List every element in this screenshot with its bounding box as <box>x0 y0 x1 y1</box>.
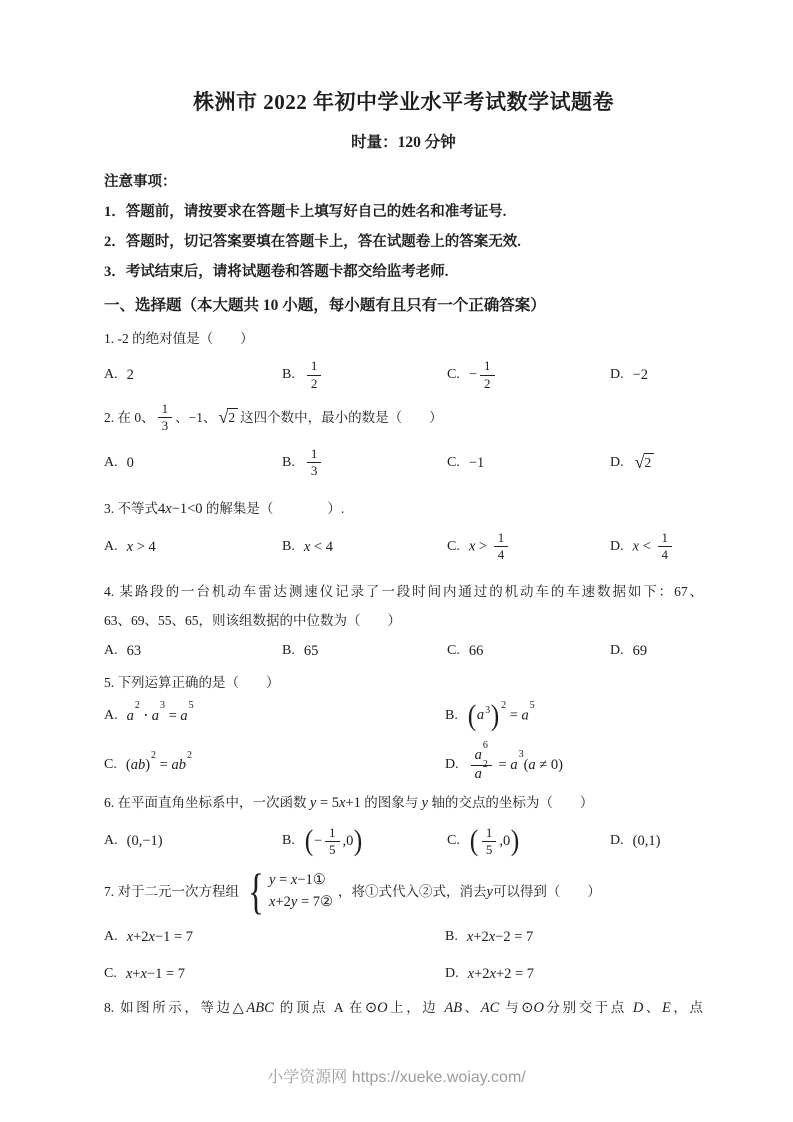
question-4: 4. 某路段的一台机动车雷达测速仪记录了一段时间内通过的机动车的车速数据如下：6… <box>104 577 703 663</box>
question-7-option-d: D.x+2x+2 = 7 <box>445 962 703 986</box>
option-label: C. <box>447 643 460 659</box>
fraction: 13 <box>307 447 322 479</box>
option-value: x+x−1 = 7 <box>126 965 185 983</box>
option-label: A. <box>104 708 118 724</box>
footer-watermark: 小学资源网 https://xueke.woiay.com/ <box>0 1064 793 1087</box>
option-label: A. <box>104 539 118 555</box>
question-2-option-a: A.0 <box>104 451 282 475</box>
option-label: B. <box>282 539 295 555</box>
option-value: 69 <box>633 642 648 660</box>
question-2-option-c: C.−1 <box>447 451 610 475</box>
question-7-option-c: C.x+x−1 = 7 <box>104 962 445 986</box>
question-3-option-b: B.x < 4 <box>282 535 447 559</box>
option-label: C. <box>104 966 117 982</box>
option-label: B. <box>282 833 295 849</box>
question-1-option-d: D.−2 <box>610 363 703 387</box>
fraction: 14 <box>658 531 673 563</box>
equation-system: {y = x−1①x+2y = 7② <box>244 869 333 914</box>
option-value: 12 <box>304 358 325 392</box>
question-7-options: A.x+2x−1 = 7 B.x+2x−2 = 7 C.x+x−1 = 7 D.… <box>104 925 703 986</box>
exam-paper-page: 株洲市 2022 年初中学业水平考试数学试题卷 时量：120 分钟 注意事项： … <box>0 0 793 1122</box>
duration-line: 时量：120 分钟 <box>104 132 703 154</box>
option-label: B. <box>282 643 295 659</box>
notice-item-2: 2．答题时，切记答案要填在答题卡上，答在试题卷上的答案无效. <box>104 232 703 253</box>
notice-item-1: 1．答题前，请按要求在答题卡上填写好自己的姓名和准考证号. <box>104 202 703 223</box>
option-label: D. <box>610 643 624 659</box>
option-label: C. <box>447 539 460 555</box>
question-1-option-c: C.−12 <box>447 358 610 392</box>
section-heading-choice: 一、选择题（本大题共 10 小题，每小题有且只有一个正确答案） <box>104 295 703 317</box>
question-6-option-b: B.(−15,0) <box>282 825 447 859</box>
question-4-option-b: B.65 <box>282 639 447 663</box>
question-3-option-d: D.x < 14 <box>610 530 703 564</box>
question-1-option-b: B.12 <box>282 358 447 392</box>
question-7-text: 7. 对于二元一次方程组{y = x−1①x+2y = 7②，将①式代入②式，消… <box>104 869 703 914</box>
fraction: 13 <box>158 402 173 434</box>
option-value: x > 14 <box>469 530 511 564</box>
option-value: 63 <box>127 642 142 660</box>
option-value: −12 <box>469 358 498 392</box>
fraction: 12 <box>307 359 322 391</box>
option-value: (0,−1) <box>127 832 163 850</box>
option-label: D. <box>610 833 624 849</box>
option-value: (0,1) <box>633 832 661 850</box>
option-label: D. <box>445 757 459 773</box>
question-4-text-line-1: 4. 某路段的一台机动车雷达测速仪记录了一段时间内通过的机动车的车速数据如下：6… <box>104 577 703 606</box>
question-2-option-b: B.13 <box>282 446 447 480</box>
fraction: 15 <box>482 826 497 858</box>
question-2-text: 2. 在 0、13、−1、√2 这四个数中，最小的数是（ ） <box>104 401 703 435</box>
option-value: 65 <box>304 642 319 660</box>
question-2: 2. 在 0、13、−1、√2 这四个数中，最小的数是（ ） A.0 B.13 … <box>104 401 703 484</box>
question-6-option-a: A.(0,−1) <box>104 829 282 853</box>
notice-heading: 注意事项： <box>104 172 703 193</box>
option-label: D. <box>445 966 459 982</box>
question-5-option-a: A.a2 ⋅ a3 = a5 <box>104 704 445 728</box>
option-label: B. <box>282 455 295 471</box>
question-1: 1. -2 的绝对值是（ ） A.2 B.12 C.−12 D.−2 <box>104 328 703 395</box>
option-label: A. <box>104 643 118 659</box>
question-5-option-d: D.a6a2 = a3(a ≠ 0) <box>445 747 703 784</box>
question-7-option-a: A.x+2x−1 = 7 <box>104 925 445 949</box>
option-value: x < 4 <box>304 538 333 556</box>
paper-title: 株洲市 2022 年初中学业水平考试数学试题卷 <box>104 88 703 116</box>
option-value: x < 14 <box>633 530 675 564</box>
question-4-text-line-2: 63、69、55、65，则该组数据的中位数为（ ） <box>104 606 703 635</box>
option-value: √2 <box>633 453 657 473</box>
question-7: 7. 对于二元一次方程组{y = x−1①x+2y = 7②，将①式代入②式，消… <box>104 869 703 986</box>
big-parentheses: (−15,0) <box>304 825 364 859</box>
question-5: 5. 下列运算正确的是（ ） A.a2 ⋅ a3 = a5 B.(a3)2 = … <box>104 672 703 784</box>
page-content: 株洲市 2022 年初中学业水平考试数学试题卷 时量：120 分钟 注意事项： … <box>0 0 793 1019</box>
question-1-options: A.2 B.12 C.−12 D.−2 <box>104 355 703 395</box>
big-parentheses: (a3) <box>467 701 500 731</box>
option-label: D. <box>610 539 624 555</box>
question-5-options: A.a2 ⋅ a3 = a5 B.(a3)2 = a5 C.(ab)2 = ab… <box>104 701 703 784</box>
option-value: x > 4 <box>127 538 156 556</box>
question-1-option-a: A.2 <box>104 363 282 387</box>
option-label: A. <box>104 367 118 383</box>
option-label: B. <box>282 367 295 383</box>
option-value: 2 <box>127 366 134 384</box>
option-value: a2 ⋅ a3 = a5 <box>127 707 194 725</box>
fraction: 15 <box>325 826 340 858</box>
square-root: √2 <box>219 408 239 428</box>
fraction: a6a2 <box>471 748 492 783</box>
big-parentheses: (15,0) <box>469 825 520 859</box>
option-value: x+2x−2 = 7 <box>467 928 533 946</box>
question-6-options: A.(0,−1) B.(−15,0) C.(15,0) D.(0,1) <box>104 819 703 863</box>
question-3-option-a: A.x > 4 <box>104 535 282 559</box>
option-value: 66 <box>469 642 484 660</box>
question-4-option-d: D.69 <box>610 639 703 663</box>
option-label: B. <box>445 929 458 945</box>
fraction: 14 <box>494 531 509 563</box>
question-8: 8. 如图所示，等边△ABC 的顶点 A 在⊙O上，边 AB、AC 与⊙O分别交… <box>104 997 703 1019</box>
fraction: 12 <box>480 359 495 391</box>
question-6: 6. 在平面直角坐标系中，一次函数 y = 5x+1 的图象与 y 轴的交点的坐… <box>104 792 703 863</box>
option-value: 13 <box>304 446 325 480</box>
question-3-options: A.x > 4 B.x < 4 C.x > 14 D.x < 14 <box>104 526 703 568</box>
question-8-text: 8. 如图所示，等边△ABC 的顶点 A 在⊙O上，边 AB、AC 与⊙O分别交… <box>104 997 703 1019</box>
notice-item-3: 3．考试结束后，请将试题卷和答题卡都交给监考老师. <box>104 262 703 283</box>
option-label: C. <box>447 455 460 471</box>
square-root: √2 <box>635 453 655 473</box>
option-value: x+2x+2 = 7 <box>468 965 534 983</box>
option-label: D. <box>610 367 624 383</box>
option-label: C. <box>447 367 460 383</box>
question-3-option-c: C.x > 14 <box>447 530 610 564</box>
option-value: 0 <box>127 454 134 472</box>
option-value: −1 <box>469 454 484 472</box>
question-6-text: 6. 在平面直角坐标系中，一次函数 y = 5x+1 的图象与 y 轴的交点的坐… <box>104 792 703 814</box>
option-value: x+2x−1 = 7 <box>127 928 193 946</box>
question-4-option-a: A.63 <box>104 639 282 663</box>
option-value: (15,0) <box>469 825 520 859</box>
question-1-text: 1. -2 的绝对值是（ ） <box>104 328 703 350</box>
question-5-option-b: B.(a3)2 = a5 <box>445 701 703 731</box>
question-4-option-c: C.66 <box>447 639 610 663</box>
question-6-option-d: D.(0,1) <box>610 829 703 853</box>
option-label: D. <box>610 455 624 471</box>
question-7-option-b: B.x+2x−2 = 7 <box>445 925 703 949</box>
option-value: (a3)2 = a5 <box>467 701 535 731</box>
option-label: A. <box>104 455 118 471</box>
question-6-option-c: C.(15,0) <box>447 825 610 859</box>
question-3-text: 3. 不等式4x−1<0 的解集是（ ）. <box>104 498 703 520</box>
option-label: C. <box>447 833 460 849</box>
option-label: A. <box>104 929 118 945</box>
option-label: B. <box>445 708 458 724</box>
question-2-options: A.0 B.13 C.−1 D.√2 <box>104 442 703 484</box>
option-value: −2 <box>633 366 648 384</box>
option-value: (−15,0) <box>304 825 364 859</box>
option-value: (ab)2 = ab2 <box>126 756 192 774</box>
option-value: a6a2 = a3(a ≠ 0) <box>468 747 563 784</box>
option-label: A. <box>104 833 118 849</box>
question-2-option-d: D.√2 <box>610 451 703 475</box>
question-4-options: A.63 B.65 C.66 D.69 <box>104 639 703 663</box>
question-3: 3. 不等式4x−1<0 的解集是（ ）. A.x > 4 B.x < 4 C.… <box>104 498 703 568</box>
question-5-text: 5. 下列运算正确的是（ ） <box>104 672 703 694</box>
question-5-option-c: C.(ab)2 = ab2 <box>104 753 445 777</box>
option-label: C. <box>104 757 117 773</box>
